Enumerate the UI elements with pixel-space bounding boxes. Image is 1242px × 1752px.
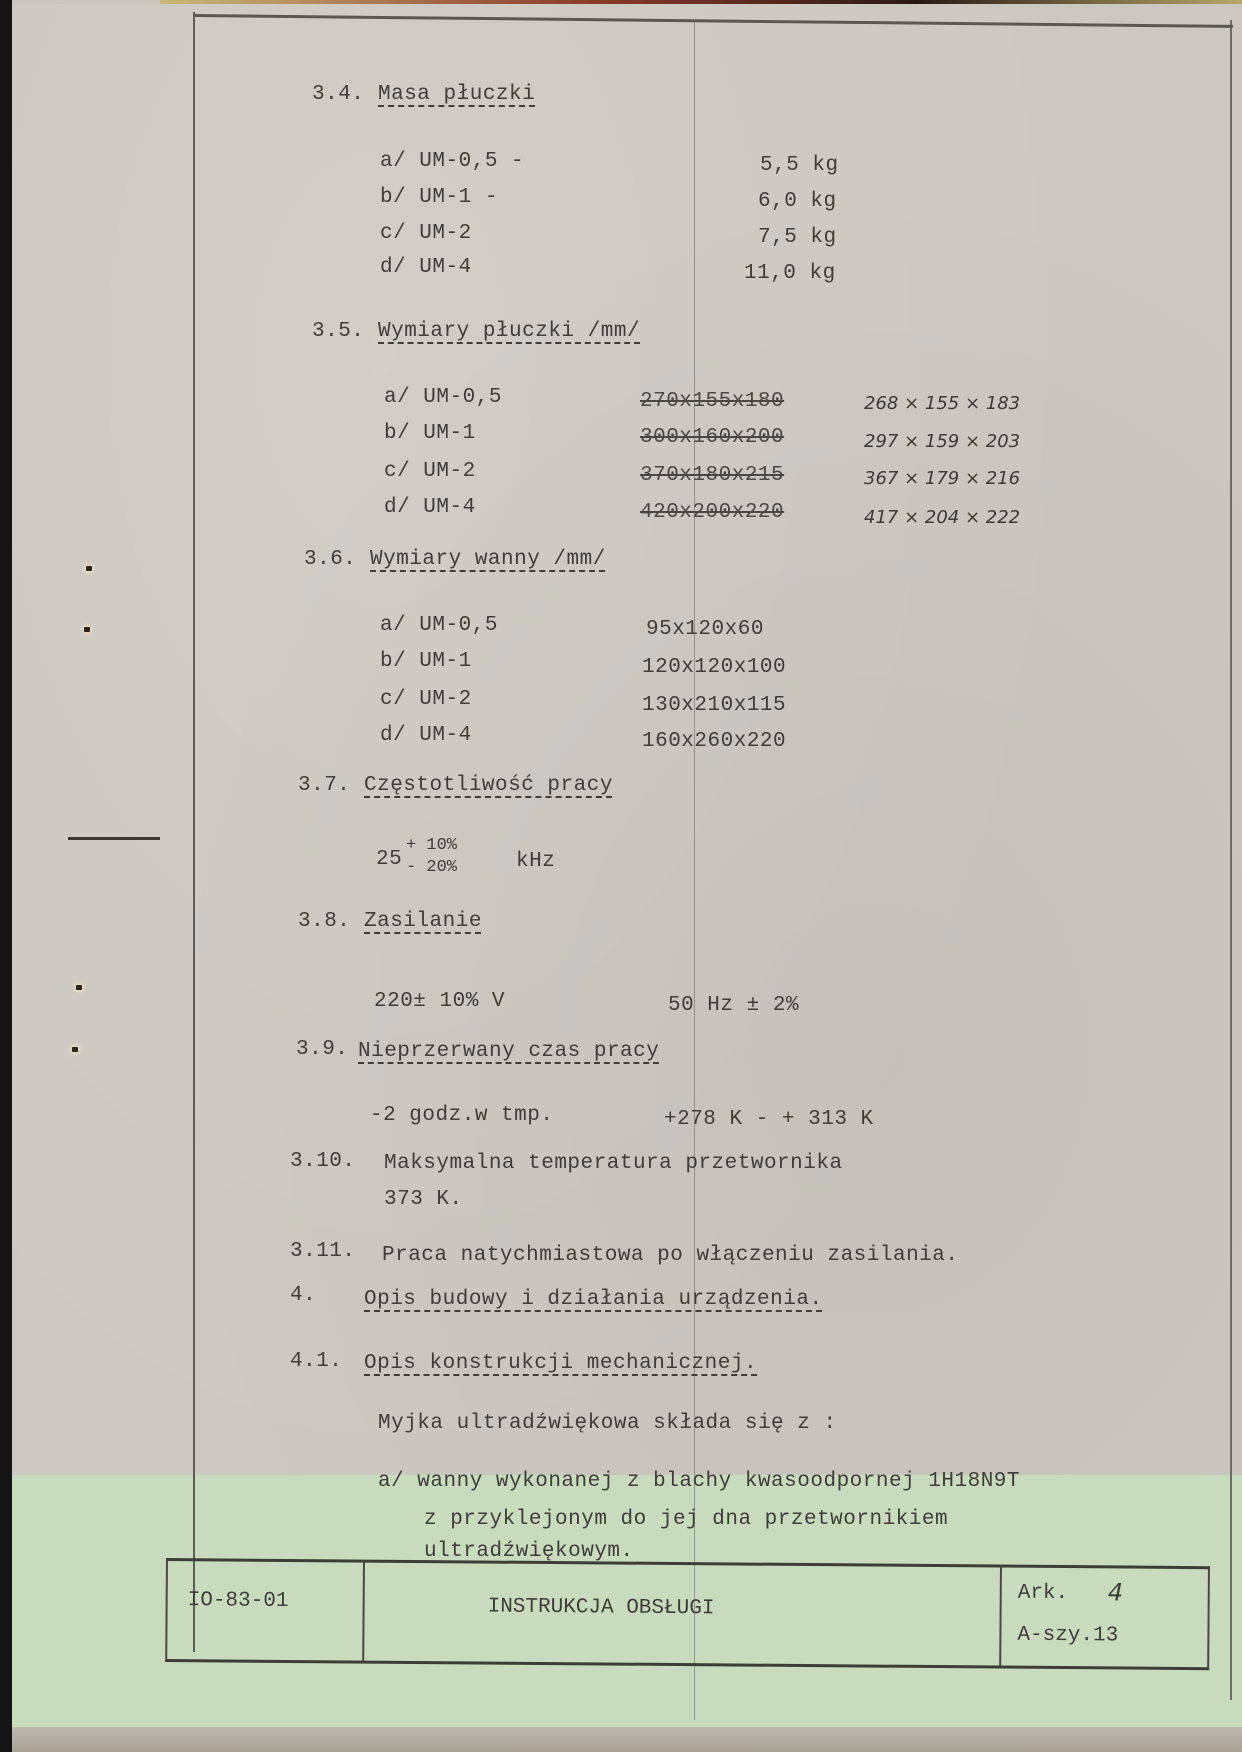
list-item: a/ wanny wykonanej z blachy kwasoodporne… [378, 1470, 1020, 1494]
work-duration: -2 godz.w tmp. [370, 1104, 553, 1128]
section-number: 3.10. [290, 1150, 356, 1174]
title-block-divider [362, 1563, 365, 1661]
scan-bottom-edge [12, 1727, 1242, 1752]
punch-hole [84, 627, 90, 632]
struck-value: 420x200x220 [640, 501, 784, 525]
list-item-value: 11,0 kg [744, 262, 836, 286]
list-item-label: b/ UM-1 [380, 650, 472, 674]
page-frame-left [193, 12, 195, 1652]
handwritten-value: 297 × 159 × 203 [864, 430, 1020, 454]
punch-hole [72, 1047, 78, 1052]
document-code: IO-83-01 [188, 1589, 289, 1613]
handwritten-value: 367 × 179 × 216 [864, 467, 1020, 491]
section-number: 4. [290, 1284, 316, 1308]
list-item-value: 5,5 kg [760, 154, 839, 178]
section-heading: Nieprzerwany czas pracy [358, 1040, 659, 1064]
list-item-continued: z przyklejonym do jej dna przetwornikiem [424, 1508, 948, 1532]
list-item-label: d/ UM-4 [380, 256, 472, 280]
sheet-number: 4 [1108, 1578, 1124, 1606]
list-item-label: d/ UM-4 [380, 724, 472, 748]
section-number: 3.8. [298, 910, 350, 934]
list-item-value: 7,5 kg [758, 226, 837, 250]
punch-hole [76, 985, 82, 990]
section-number: 4.1. [290, 1350, 342, 1374]
list-item-label: c/ UM-2 [384, 460, 476, 484]
handwritten-value: 417 × 204 × 222 [864, 506, 1020, 530]
supply-voltage: 220± 10% V [374, 990, 505, 1014]
supply-frequency: 50 Hz ± 2% [668, 994, 799, 1018]
list-item-label: a/ UM-0,5 [384, 386, 502, 410]
paragraph-intro: Myjka ultradźwiękowa składa się z : [378, 1412, 837, 1436]
scan-edge [0, 0, 12, 1752]
list-item-value: 120x120x100 [642, 656, 786, 680]
section-heading: Wymiary wanny /mm/ [370, 548, 606, 572]
section-number: 3.5. [312, 320, 364, 344]
section-heading: Opis budowy i działania urządzenia. [364, 1288, 823, 1312]
section-heading: Zasilanie [364, 910, 482, 934]
margin-mark [68, 837, 160, 840]
section-text: Praca natychmiastowa po włączeniu zasila… [382, 1244, 959, 1268]
section-text: Maksymalna temperatura przetwornika [384, 1152, 843, 1176]
handwritten-value: 268 × 155 × 183 [864, 392, 1020, 416]
list-item-label: b/ UM-1 - [380, 186, 498, 210]
frequency-unit: kHz [516, 850, 555, 874]
section-heading: Wymiary płuczki /mm/ [378, 320, 640, 344]
struck-value: 370x180x215 [640, 464, 784, 488]
list-item-label: c/ UM-2 [380, 688, 472, 712]
section-heading: Częstotliwość pracy [364, 774, 613, 798]
list-item-label: c/ UM-2 [380, 222, 472, 246]
page-frame-right [1230, 20, 1232, 1700]
section-number: 3.9. [296, 1038, 348, 1062]
struck-value: 300x160x200 [640, 426, 784, 450]
frequency-tolerance-minus: - 20% [406, 858, 457, 877]
list-item-label: b/ UM-1 [384, 422, 476, 446]
title-block-divider [999, 1568, 1002, 1666]
section-heading: Masa płuczki [378, 83, 535, 107]
max-temperature: 373 K. [384, 1188, 463, 1212]
fold-line [694, 20, 695, 1720]
document-title: INSTRUKCJA OBSŁUGI [488, 1596, 715, 1621]
section-number: 3.6. [304, 548, 356, 572]
punch-hole [86, 566, 92, 571]
list-item-value: 160x260x220 [642, 730, 786, 754]
frequency-base: 25 [376, 848, 402, 872]
list-item-label: d/ UM-4 [384, 496, 476, 520]
list-item-value: 6,0 kg [758, 190, 837, 214]
sheet-label: Ark. [1018, 1582, 1069, 1605]
frequency-tolerance-plus: + 10% [406, 836, 457, 855]
section-number: 3.7. [298, 774, 350, 798]
section-number: 3.4. [312, 83, 364, 107]
section-heading: Opis konstrukcji mechanicznej. [364, 1352, 757, 1376]
section-number: 3.11. [290, 1240, 356, 1264]
temperature-range: +278 K - + 313 K [664, 1108, 874, 1132]
scan-edge-top [160, 0, 1242, 4]
list-item-label: a/ UM-0,5 [380, 614, 498, 638]
list-item-label: a/ UM-0,5 - [380, 150, 524, 174]
struck-value: 270x155x180 [640, 390, 784, 414]
document-reference: A-szy.13 [1017, 1624, 1118, 1648]
list-item-value: 130x210x115 [642, 694, 786, 718]
list-item-value: 95x120x60 [646, 618, 764, 642]
title-block: IO-83-01 INSTRUKCJA OBSŁUGI Ark. 4 A-szy… [165, 1558, 1210, 1670]
